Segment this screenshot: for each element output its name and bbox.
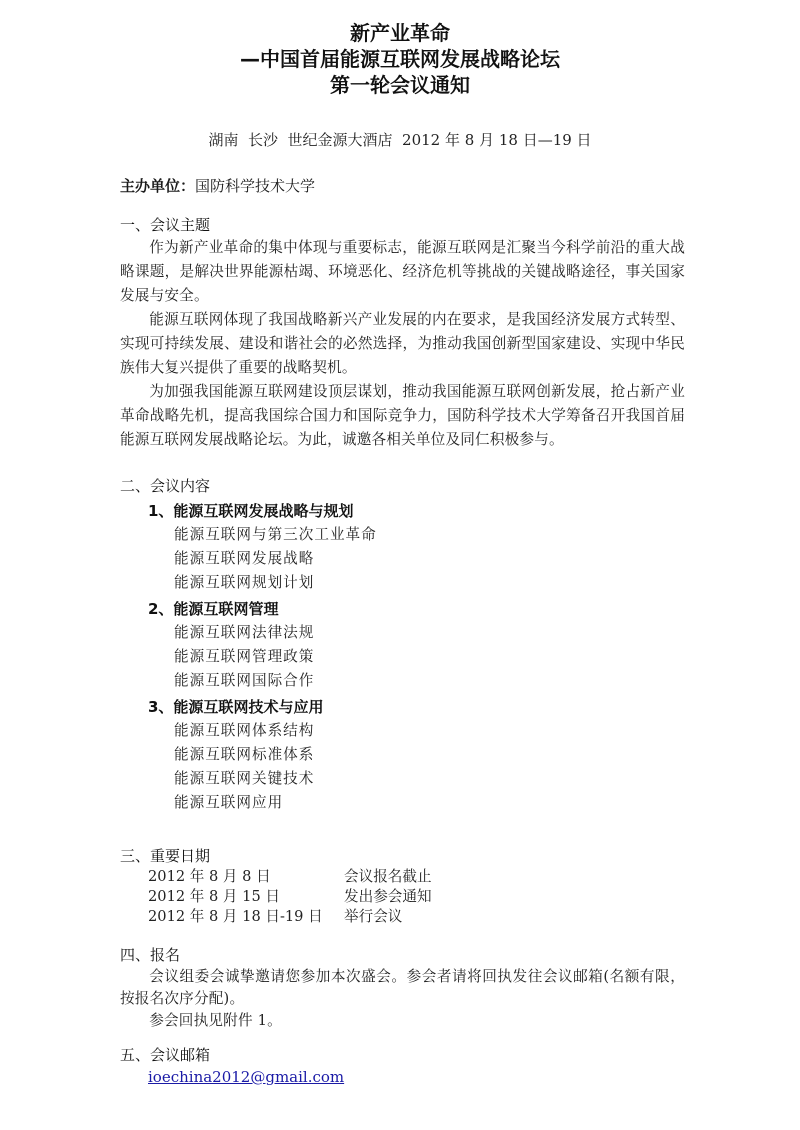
topic-item: 能源互联网关键技术 <box>120 767 685 791</box>
date-row: 2012 年 8 月 18 日-19 日 举行会议 <box>120 907 685 927</box>
document-title: 新产业革命 —中国首届能源互联网发展战略论坛 第一轮会议通知 <box>0 20 800 98</box>
topic-item: 能源互联网法律法规 <box>120 621 685 645</box>
topic-heading: 2、能源互联网管理 <box>120 597 685 621</box>
host-organizer: 主办单位：国防科学技术大学 <box>120 176 315 196</box>
date: 2012 年 8 月 8 日 <box>148 867 344 887</box>
venue-and-date: 湖南 长沙 世纪金源大酒店 2012 年 8 月 18 日—19 日 <box>0 130 800 150</box>
paragraph: 作为新产业革命的集中体现与重要标志，能源互联网是汇聚当今科学前沿的重大战略课题，… <box>120 236 685 308</box>
topic-item: 能源互联网应用 <box>120 791 685 815</box>
title-line-1: 新产业革命 <box>0 20 800 46</box>
paragraph: 为加强我国能源互联网建设顶层谋划，推动我国能源互联网创新发展，抢占新产业革命战略… <box>120 380 685 452</box>
event: 会议报名截止 <box>344 867 432 887</box>
date: 2012 年 8 月 15 日 <box>148 887 344 907</box>
topic-item: 能源互联网管理政策 <box>120 645 685 669</box>
topic-item: 能源互联网与第三次工业革命 <box>120 523 685 547</box>
section-heading: 四、报名 <box>120 944 685 966</box>
topic-item: 能源互联网国际合作 <box>120 669 685 693</box>
paragraph: 会议组委会诚挚邀请您参加本次盛会。参会者请将回执发往会议邮箱(名额有限，按报名次… <box>120 966 685 1010</box>
date-row: 2012 年 8 月 8 日 会议报名截止 <box>120 867 685 887</box>
section-heading: 一、会议主题 <box>120 214 685 236</box>
section-email: 五、会议邮箱 ioechina2012@gmail.com <box>120 1044 685 1088</box>
section-content: 二、会议内容 1、能源互联网发展战略与规划 能源互联网与第三次工业革命 能源互联… <box>120 475 685 815</box>
event: 发出参会通知 <box>344 887 432 907</box>
host-value: 国防科学技术大学 <box>195 177 315 195</box>
event: 举行会议 <box>344 907 402 927</box>
paragraph: 参会回执见附件 1。 <box>120 1010 685 1032</box>
date: 2012 年 8 月 18 日-19 日 <box>148 907 344 927</box>
date-row: 2012 年 8 月 15 日 发出参会通知 <box>120 887 685 907</box>
topic-item: 能源互联网发展战略 <box>120 547 685 571</box>
host-label: 主办单位： <box>120 177 195 195</box>
title-line-2: —中国首届能源互联网发展战略论坛 <box>0 46 800 72</box>
topic-item: 能源互联网规划计划 <box>120 571 685 595</box>
topic-item: 能源互联网标准体系 <box>120 743 685 767</box>
email-link[interactable]: ioechina2012@gmail.com <box>120 1068 344 1086</box>
section-heading: 二、会议内容 <box>120 475 685 497</box>
section-heading: 五、会议邮箱 <box>120 1044 685 1066</box>
section-dates: 三、重要日期 2012 年 8 月 8 日 会议报名截止 2012 年 8 月 … <box>120 845 685 927</box>
topic-heading: 1、能源互联网发展战略与规划 <box>120 499 685 523</box>
section-theme: 一、会议主题 作为新产业革命的集中体现与重要标志，能源互联网是汇聚当今科学前沿的… <box>120 214 685 452</box>
topic-heading: 3、能源互联网技术与应用 <box>120 695 685 719</box>
topic-item: 能源互联网体系结构 <box>120 719 685 743</box>
section-heading: 三、重要日期 <box>120 845 685 867</box>
paragraph: 能源互联网体现了我国战略新兴产业发展的内在要求，是我国经济发展方式转型、实现可持… <box>120 308 685 380</box>
title-line-3: 第一轮会议通知 <box>0 72 800 98</box>
section-registration: 四、报名 会议组委会诚挚邀请您参加本次盛会。参会者请将回执发往会议邮箱(名额有限… <box>120 944 685 1032</box>
